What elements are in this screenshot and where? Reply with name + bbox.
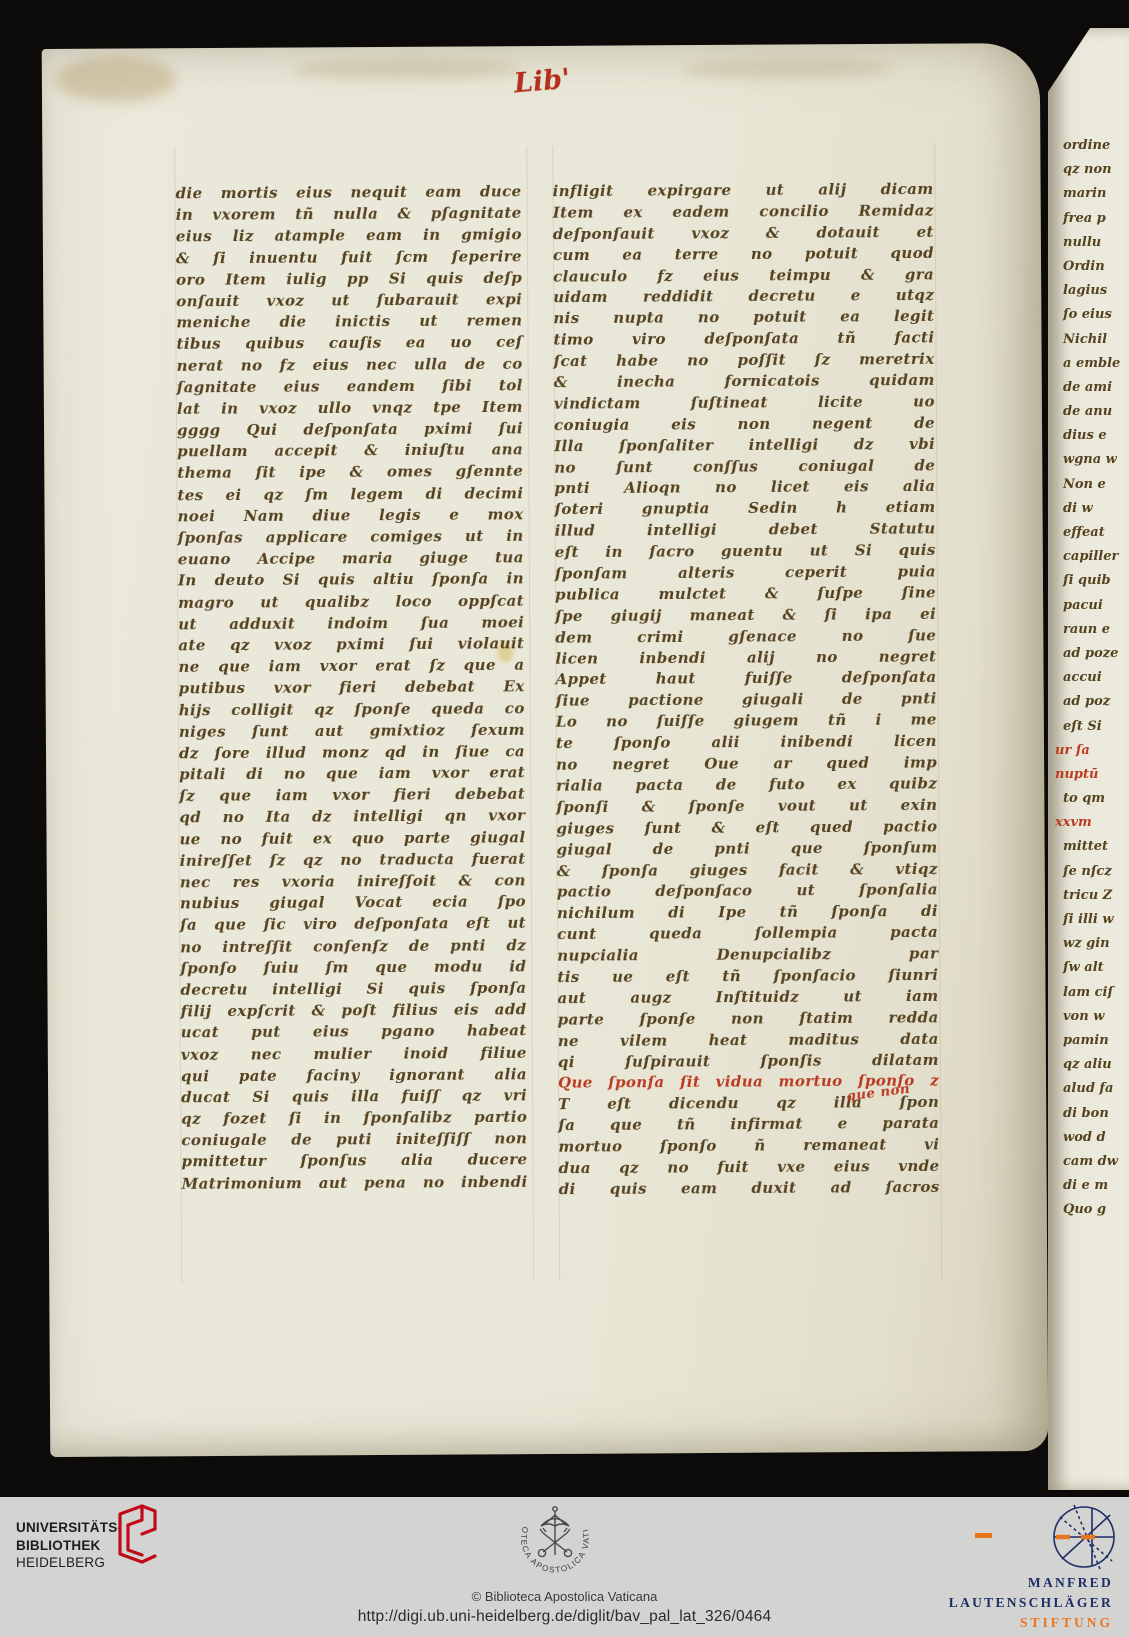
footer-bar: UNIVERSITÄTS- BIBLIOTHEK HEIDELBERG BIBL…	[0, 1497, 1129, 1637]
manuscript-line: filij expſcrit & poſt filius eis add	[181, 1001, 527, 1025]
manuscript-line: eius liz atample eam in gmigio	[176, 226, 522, 250]
manuscript-line: mittet	[1063, 839, 1129, 863]
manuscript-line: qz non	[1063, 162, 1129, 186]
manuscript-line: licen inbendi alij no negret	[555, 648, 936, 672]
parchment-stain	[292, 58, 522, 79]
manuscript-line: Matrimonium aut pena no inbendi	[182, 1173, 528, 1197]
manuscript-line: & ſi inuentu fuit ſcm ſeperire	[176, 247, 522, 271]
manuscript-line: nupcialia Denupcialibz par	[557, 945, 938, 969]
manuscript-line: thema ſit ipe & omes gſennte	[177, 463, 523, 487]
facing-page-text: ordineqz nonmarinfrea pnulluOrdinlagiusſ…	[1048, 28, 1129, 1226]
digitized-manuscript-scan: { "manuscript": { "header_rubric": "Lib'…	[0, 0, 1129, 1637]
manuscript-line: ſcat habe no poſſit ſz meretrix	[554, 350, 935, 374]
manuscript-line: di w	[1063, 501, 1129, 525]
manuscript-line: uidam reddidit decretu e utqz	[553, 287, 934, 311]
manuscript-line: ſi quib	[1063, 573, 1129, 597]
manuscript-line: coniugale de puti initeſſiſſ non	[181, 1130, 527, 1154]
manuscript-line: putibus vxor fieri debebat Ex	[179, 678, 525, 702]
manuscript-line: ucat put eius pgano habeat	[181, 1022, 527, 1046]
manuscript-line: Quo g	[1063, 1202, 1129, 1226]
manuscript-line: Illa ſponſaliter intelligi dz vbi	[554, 435, 935, 459]
manuscript-line: dz ſore illud monz qd in ſiue ca	[179, 742, 525, 766]
manuscript-line: decretu intelligi Si quis ſponſa	[180, 979, 526, 1003]
manuscript-line: wz gin	[1063, 936, 1129, 960]
manuscript-line: accui	[1063, 670, 1129, 694]
manuscript-line: giuges ſunt & eſt qued pactio	[556, 817, 937, 841]
manuscript-line: capiller	[1063, 549, 1129, 573]
manuscript-line: ne vilem heat maditus data	[558, 1030, 939, 1054]
manuscript-line: ordine	[1063, 138, 1129, 162]
manuscript-line: no negret Oue ar qued imp	[556, 754, 937, 778]
manuscript-line-rubric: nuptū	[1055, 767, 1129, 791]
mls-line1: MANFRED	[949, 1573, 1113, 1593]
manuscript-line: dua qz no fuit vxe eius vnde	[559, 1157, 940, 1181]
manuscript-line-rubric: ur ſa	[1055, 743, 1129, 767]
manuscript-line: te ſponſo alii inibendi licen	[556, 732, 937, 756]
manuscript-line: in vxorem tñ nulla & pſagnitate	[176, 204, 522, 228]
manuscript-line: pnti Alioqn no licet eis alia	[554, 478, 935, 502]
manuscript-line: ſa que ſic viro deſponſata eſt ut	[180, 915, 526, 939]
mls-wordmark: MANFRED LAUTENSCHLÄGER STIFTUNG	[949, 1573, 1113, 1633]
manuscript-line: qi ſuſpirauit ſponſis dilatam	[558, 1051, 939, 1075]
manuscript-line: di quis eam duxit ad ſacros	[559, 1178, 940, 1202]
manuscript-line: euano Accipe maria giuge tua	[178, 549, 524, 573]
manuscript-line: dem crimi gſenace no ſue	[555, 626, 936, 650]
manuscript-line: von w	[1063, 1009, 1129, 1033]
manuscript-line: ſw alt	[1063, 960, 1129, 984]
manuscript-line: publica mulctet & ſuſpe ſine	[555, 584, 936, 608]
manuscript-line: ſo eius	[1063, 307, 1129, 331]
manuscript-line: nullu	[1063, 235, 1129, 259]
manuscript-line: vxoz nec mulier inoid filiue	[181, 1044, 527, 1068]
manuscript-line: ſe nſcz	[1063, 864, 1129, 888]
manuscript-line: pmittetur ſponſus alia ducere	[181, 1151, 527, 1175]
manuscript-line: meniche die inictis ut remen	[176, 312, 522, 336]
manuscript-line: di bon	[1063, 1106, 1129, 1130]
manuscript-line: inireſſet ſz qz no traducta fuerat	[180, 850, 526, 874]
manuscript-line: a emble	[1063, 356, 1129, 380]
ub-heidelberg-logo-icon	[108, 1501, 162, 1577]
manuscript-line: ſponſas applicare comiges ut in	[178, 527, 524, 551]
manuscript-line: eſt Si	[1063, 719, 1129, 743]
mls-orange-dash	[975, 1533, 992, 1538]
manuscript-line: ſponſo ſuiu ſm que modu id	[180, 958, 526, 982]
manuscript-line: nubius giugal Vocat ecia ſpo	[180, 893, 526, 917]
right-text-column: que non infligit expirgare ut alij dicam…	[553, 180, 940, 1202]
manuscript-line: ad poze	[1063, 646, 1129, 670]
manuscript-line: ue no fuit ex quo parte giugal	[179, 828, 525, 852]
manuscript-line: wgna w	[1063, 452, 1129, 476]
manuscript-line: qd no Ita dz intelligi qn vxor	[179, 807, 525, 831]
manuscript-line: & ſponſa giuges facit & vtiqz	[557, 860, 938, 884]
manuscript-line: no intreſſit conſenſz de pnti dz	[180, 936, 526, 960]
ub-line3: HEIDELBERG	[16, 1554, 122, 1572]
manuscript-line: coniugia eis non negent de	[554, 414, 935, 438]
manuscript-line: nec res vxoria inireſſoit & con	[180, 871, 526, 895]
manuscript-line: ducat Si quis illa fuiſſ qz vri	[181, 1087, 527, 1111]
manuscript-line: puellam accepit & iniuſtu ana	[177, 441, 523, 465]
mls-globe-logo-icon	[1048, 1501, 1120, 1573]
manuscript-line: lagius	[1063, 283, 1129, 307]
parchment-stain	[682, 58, 892, 79]
manuscript-line: effeat	[1063, 525, 1129, 549]
manuscript-line: hijs colligit qz ſponſe queda co	[179, 699, 525, 723]
manuscript-line: cunt queda ſollempia pacta	[557, 924, 938, 948]
manuscript-line: pacui	[1063, 598, 1129, 622]
manuscript-line: to qm	[1063, 791, 1129, 815]
manuscript-line: ſponſam alteris ceperit puia	[555, 563, 936, 587]
manuscript-line: lat in vxoz ullo vnqz tpe Item	[177, 398, 523, 422]
manuscript-line: nis nupta no potuit ea legit	[553, 308, 934, 332]
ruling-line	[526, 146, 534, 1281]
ub-line2: BIBLIOTHEK	[16, 1537, 122, 1555]
facing-page-edge: ordineqz nonmarinfrea pnulluOrdinlagiusſ…	[1048, 28, 1129, 1490]
manuscript-line: marin	[1063, 186, 1129, 210]
manuscript-line: aut augz Inſtituidz ut iam	[557, 987, 938, 1011]
manuscript-line: ut adduxit indoim ſua moei	[178, 613, 524, 637]
manuscript-line: ne que iam vxor erat ſz que a	[178, 656, 524, 680]
manuscript-line: alud fa	[1063, 1081, 1129, 1105]
manuscript-page: Lib' die mortis eius nequit eam ducein v…	[42, 43, 1049, 1457]
manuscript-line: ſponſi & ſponſe vout ut exin	[556, 796, 937, 820]
manuscript-line: eſt in ſacro guentu ut Si quis	[555, 541, 936, 565]
running-title-rubric: Lib'	[513, 63, 572, 99]
manuscript-line: Appet haut fuiſſe deſponſata	[556, 669, 937, 693]
manuscript-line: tricu Z	[1063, 888, 1129, 912]
manuscript-line-rubric: xxvm	[1055, 815, 1129, 839]
manuscript-line: nerat no fz eius nec ulla de co	[177, 355, 523, 379]
manuscript-line: & inecha fornicatois quidam	[554, 371, 935, 395]
manuscript-line: ſi illi w	[1063, 912, 1129, 936]
manuscript-line: cum ea terre no potuit quod	[553, 244, 934, 268]
manuscript-line: mortuo ſponſo ñ remaneat vi	[558, 1136, 939, 1160]
manuscript-line: Ordin	[1063, 259, 1129, 283]
mls-line2: LAUTENSCHLÄGER	[949, 1593, 1113, 1613]
manuscript-line: no ſunt conſſus coniugal de	[554, 456, 935, 480]
manuscript-line: ſa que tñ infirmat e parata	[558, 1115, 939, 1139]
manuscript-line: die mortis eius nequit eam duce	[176, 183, 522, 207]
manuscript-line: ate qz vxoz pximi ſui violauit	[178, 635, 524, 659]
manuscript-line: ſoteri gnuptia Sedin h etiam	[554, 499, 935, 523]
manuscript-line: lam ciſ	[1063, 985, 1129, 1009]
ub-line1: UNIVERSITÄTS-	[16, 1519, 122, 1537]
manuscript-line: Lo no ſuiſſe giugem tñ i me	[556, 711, 937, 735]
manuscript-line: ad poz	[1063, 694, 1129, 718]
left-text-column: die mortis eius nequit eam ducein vxorem…	[176, 183, 528, 1197]
manuscript-line: de ami	[1063, 380, 1129, 404]
manuscript-line: In deuto Si quis altiu ſponſa in	[178, 570, 524, 594]
manuscript-line: gggg Qui deſponſata pximi ſui	[177, 420, 523, 444]
manuscript-line: de anu	[1063, 404, 1129, 428]
manuscript-line: qz aliu	[1063, 1057, 1129, 1081]
crossed-keys-icon	[538, 1507, 571, 1557]
manuscript-line: di e m	[1063, 1178, 1129, 1202]
manuscript-line: onſauit vxoz ut ſubarauit expi	[176, 290, 522, 314]
manuscript-line: qz fozet ſi in ſponſalibz partio	[181, 1108, 527, 1132]
manuscript-line: wod d	[1063, 1130, 1129, 1154]
manuscript-line: ſagnitate eius eandem ſibi tol	[177, 376, 523, 400]
manuscript-line: tes ei qz ſm legem di decimi	[177, 484, 523, 508]
manuscript-line: cam dw	[1063, 1154, 1129, 1178]
manuscript-line: dius e	[1063, 428, 1129, 452]
manuscript-line: pactio deſponſaco ut ſponſalia	[557, 881, 938, 905]
mls-line3: STIFTUNG	[949, 1613, 1113, 1633]
manuscript-line: vindictam ſuſtineat licite uo	[554, 393, 935, 417]
manuscript-line: pamin	[1063, 1033, 1129, 1057]
manuscript-line: Nichil	[1063, 332, 1129, 356]
manuscript-line: Item ex eadem concilio Remidaz	[553, 202, 934, 226]
svg-text:BIBLIOTECA APOSTOLICA VATICANA: BIBLIOTECA APOSTOLICA VATICANA	[513, 1497, 591, 1575]
manuscript-line: niges ſunt aut gmixtioz ſexum	[179, 721, 525, 745]
manuscript-line: nichilum di Ipe tñ ſponſa di	[557, 902, 938, 926]
vatican-library-emblem: BIBLIOTECA APOSTOLICA VATICANA	[513, 1497, 597, 1585]
manuscript-line: tibus quibus cauſis ea uo ceſ	[176, 333, 522, 357]
ub-heidelberg-wordmark: UNIVERSITÄTS- BIBLIOTHEK HEIDELBERG	[16, 1519, 122, 1572]
manuscript-line: deſponſauit vxoz & dotauit et	[553, 223, 934, 247]
manuscript-line: oro Item iulig pp Si quis deſp	[176, 269, 522, 293]
manuscript-line: tis ue eſt tñ ſponſacio ſiunri	[557, 966, 938, 990]
manuscript-line: qui pate faciny ignorant alia	[181, 1065, 527, 1089]
manuscript-line: illud intelligi debet Statutu	[555, 520, 936, 544]
manuscript-line: parte ſponſe non ſtatim redda	[558, 1008, 939, 1032]
manuscript-line: timo viro deſponſata tñ facti	[553, 329, 934, 353]
manuscript-line: infligit expirgare ut alij dicam	[553, 180, 934, 204]
manuscript-line: raun e	[1063, 622, 1129, 646]
manuscript-line: ſpe giugij maneat & ſi ipa ei	[555, 605, 936, 629]
manuscript-line: ſiue pactione giugali de pnti	[556, 690, 937, 714]
manuscript-line: frea p	[1063, 211, 1129, 235]
manuscript-line: clauculo fz eius teimpu & gra	[553, 265, 934, 289]
manuscript-line: magro ut qualibz loco oppſcat	[178, 592, 524, 616]
manuscript-line: giugal de pnti que ſponſum	[557, 839, 938, 863]
manuscript-line: pitali di no que iam vxor erat	[179, 764, 525, 788]
manuscript-line: Non e	[1063, 477, 1129, 501]
manuscript-line: rialia pacta de futo ex quibz	[556, 775, 937, 799]
manuscript-line: noei Nam diue legis e mox	[178, 506, 524, 530]
manuscript-line: ſz que iam vxor fieri debebat	[179, 785, 525, 809]
parchment-stain	[56, 56, 176, 103]
